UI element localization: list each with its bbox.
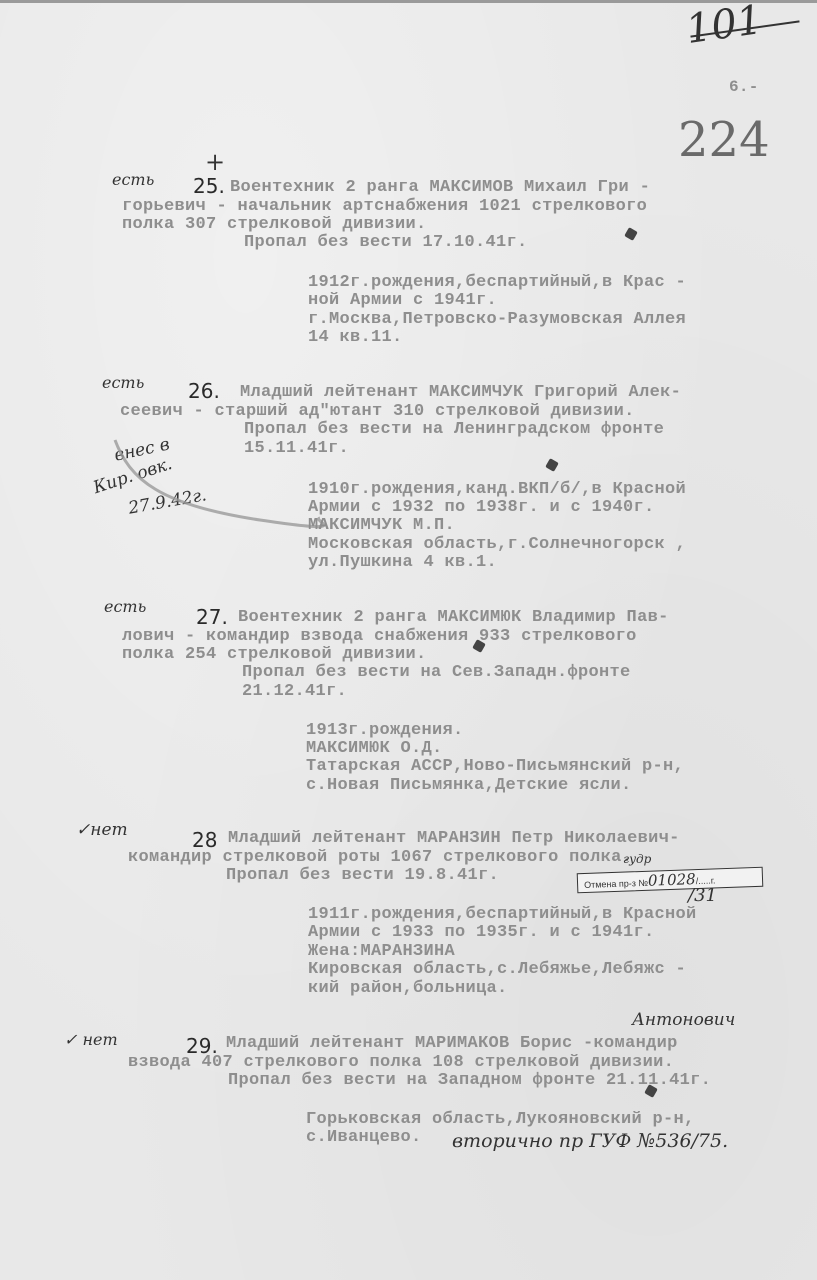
entry-27-line-4: Пропал без вести на Сев.Западн.фронте xyxy=(242,664,631,682)
insert-patronymic: Антонович xyxy=(632,1010,735,1030)
entry-29-line-3: Пропал без вести на Западном фронте 21.1… xyxy=(228,1072,711,1090)
entry-number-27: 27. xyxy=(196,605,228,629)
bottom-handwritten-note: вторично пр ГУФ №536/75. xyxy=(452,1130,728,1152)
entry-28-line-2: командир стрелковой роты 1067 стрелковог… xyxy=(128,849,632,867)
stamp-label: Отмена пр-з № xyxy=(584,878,648,890)
entry-29-detail-1: Горьковская область,Лукояновский р-н, xyxy=(306,1111,695,1129)
entry-27-detail-2: МАКСИМЮК О.Д. xyxy=(306,740,443,758)
entry-28-detail-3: Жена:МАРАНЗИНА xyxy=(308,943,455,961)
entry-29-detail-2: с.Иванцево. xyxy=(306,1129,422,1147)
entry-26-detail-5: ул.Пушкина 4 кв.1. xyxy=(308,554,497,572)
status-note-28: ✓нет xyxy=(76,820,128,840)
entry-27-line-3: полка 254 стрелковой дивизии. xyxy=(122,646,427,664)
entry-27-line-1: Воентехник 2 ранга МАКСИМЮК Владимир Пав… xyxy=(238,609,669,627)
entry-27-detail-3: Татарская АССР,Ново-Письмянский р-н, xyxy=(306,758,684,776)
entry-28-detail-2: Армии с 1933 по 1935г. и с 1941г. xyxy=(308,924,655,942)
entry-26-detail-3: МАКСИМЧУК М.П. xyxy=(308,517,455,535)
document-page: 101 6.- 224 есть 25. + Воентехник 2 ранг… xyxy=(0,0,817,1280)
stamp-fraction: /31 xyxy=(688,885,717,906)
entry-27-line-5: 21.12.41г. xyxy=(242,683,347,701)
entry-28-detail-5: кий район,больница. xyxy=(308,980,508,998)
entry-28-line-1: Младший лейтенант МАРАНЗИН Петр Николаев… xyxy=(228,830,680,848)
entry-26-detail-4: Московская область,г.Солнечногорск , xyxy=(308,536,686,554)
entry-27-detail-1: 1913г.рождения. xyxy=(306,722,464,740)
entry-27-line-2: лович - командир взвода снабжения 933 ст… xyxy=(122,628,637,646)
entry-27-detail-4: с.Новая Письмянка,Детские ясли. xyxy=(306,777,632,795)
entry-28-detail-1: 1911г.рождения,беспартийный,в Красной xyxy=(308,906,697,924)
entry-26-detail-2: Армии с 1932 по 1938г. и с 1940г. xyxy=(308,499,655,517)
stamp-above-note: гудр xyxy=(623,852,651,866)
entry-28-line-3: Пропал без вести 19.8.41г. xyxy=(226,867,499,885)
entry-26-detail-1: 1910г.рождения,канд.ВКП/б/,в Красной xyxy=(308,481,686,499)
status-note-29: ✓ нет xyxy=(64,1030,118,1049)
entry-28-detail-4: Кировская область,с.Лебяжье,Лебяжс - xyxy=(308,961,686,979)
status-note-27: есть xyxy=(104,597,146,616)
entry-29-line-1: Младший лейтенант МАРИМАКОВ Борис -коман… xyxy=(226,1035,678,1053)
entry-29-line-2: взвода 407 стрелкового полка 108 стрелко… xyxy=(128,1054,674,1072)
